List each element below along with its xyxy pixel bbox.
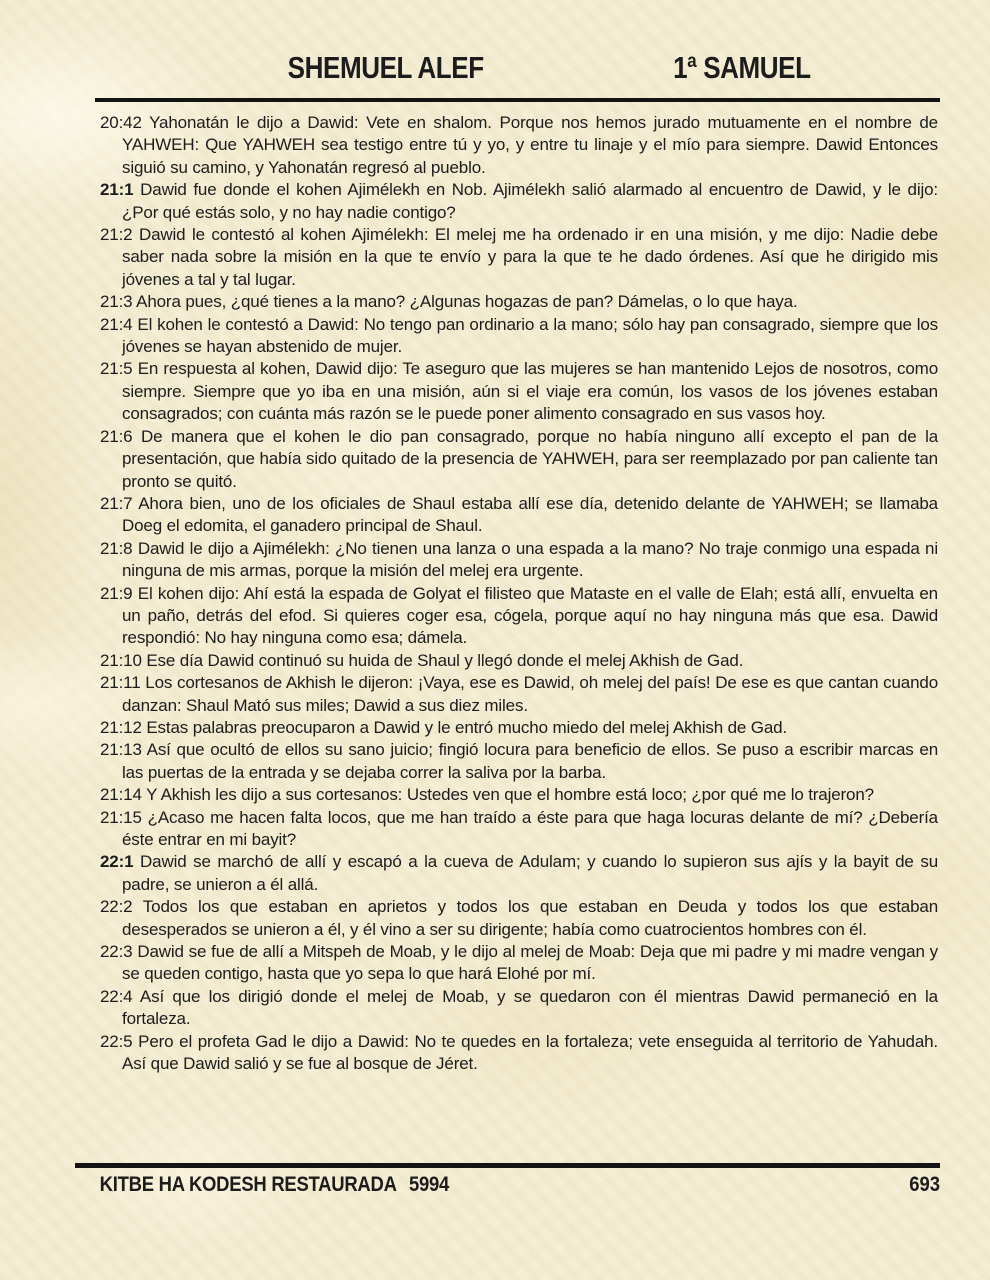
verse-text: ¿Acaso me hacen falta locos, que me han … <box>122 808 938 849</box>
verse: 21:8 Dawid le dijo a Ajimélekh: ¿No tien… <box>100 538 938 583</box>
scripture-page: SHEMUEL ALEF 1ª SAMUEL 20:42 Yahonatán l… <box>0 0 990 1280</box>
verse: 21:5 En respuesta al kohen, Dawid dijo: … <box>100 358 938 425</box>
page-number: 693 <box>909 1173 940 1197</box>
verse-text: Ahora pues, ¿qué tienes a la mano? ¿Algu… <box>133 292 798 311</box>
verse: 21:1 Dawid fue donde el kohen Ajimélekh … <box>100 179 938 224</box>
verse-number: 21:10 <box>100 651 142 670</box>
verse-text: Y Akhish les dijo a sus cortesanos: Uste… <box>142 785 874 804</box>
verse-number: 21:9 <box>100 584 133 603</box>
verse-number: 22:5 <box>100 1032 133 1051</box>
verse-number: 22:2 <box>100 897 133 916</box>
verse: 22:1 Dawid se marchó de allí y escapó a … <box>100 851 938 896</box>
verse-number: 22:3 <box>100 942 133 961</box>
verse-text: De manera que el kohen le dio pan consag… <box>122 427 938 491</box>
verse: 21:9 El kohen dijo: Ahí está la espada d… <box>100 583 938 650</box>
verse-number: 21:3 <box>100 292 133 311</box>
verse-number: 21:4 <box>100 315 133 334</box>
footer-rule <box>75 1163 940 1168</box>
book-title-hebrew: SHEMUEL ALEF <box>288 50 484 86</box>
verse: 21:15 ¿Acaso me hacen falta locos, que m… <box>100 807 938 852</box>
verse-text: Dawid le contestó al kohen Ajimélekh: El… <box>122 225 938 289</box>
verse-number: 20:42 <box>100 113 142 132</box>
verse-number: 21:1 <box>100 180 133 199</box>
verse: 21:14 Y Akhish les dijo a sus cortesanos… <box>100 784 938 806</box>
verse: 21:2 Dawid le contestó al kohen Ajimélek… <box>100 224 938 291</box>
verse-text: Estas palabras preocuparon a Dawid y le … <box>142 718 787 737</box>
verse-number: 21:6 <box>100 427 133 446</box>
verse-number: 21:7 <box>100 494 133 513</box>
verse-text: Todos los que estaban en aprietos y todo… <box>122 897 938 938</box>
verse: 21:13 Así que ocultó de ellos su sano ju… <box>100 739 938 784</box>
verse: 21:11 Los cortesanos de Akhish le dijero… <box>100 672 938 717</box>
verse: 22:5 Pero el profeta Gad le dijo a Dawid… <box>100 1031 938 1076</box>
verse-number: 22:1 <box>100 852 133 871</box>
verse: 21:3 Ahora pues, ¿qué tienes a la mano? … <box>100 291 938 313</box>
verse: 21:7 Ahora bien, uno de los oficiales de… <box>100 493 938 538</box>
verse: 21:6 De manera que el kohen le dio pan c… <box>100 426 938 493</box>
publication-title: KITBE HA KODESH RESTAURADA5994 <box>75 1173 449 1197</box>
verse-text: El kohen dijo: Ahí está la espada de Gol… <box>122 584 938 648</box>
page-header: SHEMUEL ALEF 1ª SAMUEL <box>95 50 940 86</box>
verse: 21:4 El kohen le contestó a Dawid: No te… <box>100 314 938 359</box>
verse-number: 21:8 <box>100 539 133 558</box>
page-footer: KITBE HA KODESH RESTAURADA5994 693 <box>75 1173 940 1197</box>
verse: 22:3 Dawid se fue de allí a Mitspeh de M… <box>100 941 938 986</box>
verse-number: 21:2 <box>100 225 133 244</box>
verse-number: 21:12 <box>100 718 142 737</box>
verse-text: Dawid se marchó de allí y escapó a la cu… <box>122 852 938 893</box>
book-title-spanish: 1ª SAMUEL <box>673 50 811 86</box>
verse-text: Pero el profeta Gad le dijo a Dawid: No … <box>122 1032 938 1073</box>
verse: 20:42 Yahonatán le dijo a Dawid: Vete en… <box>100 112 938 179</box>
verse-number: 21:14 <box>100 785 142 804</box>
verse-text: Ahora bien, uno de los oficiales de Shau… <box>122 494 938 535</box>
verse-text: En respuesta al kohen, Dawid dijo: Te as… <box>122 359 938 423</box>
verse-text: Así que los dirigió donde el melej de Mo… <box>122 987 938 1028</box>
header-rule <box>95 98 940 102</box>
verse: 21:12 Estas palabras preocuparon a Dawid… <box>100 717 938 739</box>
verse: 21:10 Ese día Dawid continuó su huida de… <box>100 650 938 672</box>
verse-text: Ese día Dawid continuó su huida de Shaul… <box>142 651 744 670</box>
verse-text: Yahonatán le dijo a Dawid: Vete en shalo… <box>122 113 938 177</box>
verse-text: El kohen le contestó a Dawid: No tengo p… <box>122 315 938 356</box>
verse-number: 21:13 <box>100 740 142 759</box>
verse-text: Dawid fue donde el kohen Ajimélekh en No… <box>122 180 938 221</box>
publication-name: KITBE HA KODESH RESTAURADA <box>100 1173 397 1196</box>
verse-text: Dawid se fue de allí a Mitspeh de Moab, … <box>122 942 938 983</box>
publication-edition: 5994 <box>409 1173 449 1196</box>
verse-number: 21:5 <box>100 359 133 378</box>
verse-text: Dawid le dijo a Ajimélekh: ¿No tienen un… <box>122 539 938 580</box>
verse-number: 21:11 <box>100 673 141 692</box>
verse-number: 22:4 <box>100 987 133 1006</box>
verse-text: Así que ocultó de ellos su sano juicio; … <box>122 740 938 781</box>
verse: 22:2 Todos los que estaban en aprietos y… <box>100 896 938 941</box>
verse: 22:4 Así que los dirigió donde el melej … <box>100 986 938 1031</box>
verse-text: Los cortesanos de Akhish le dijeron: ¡Va… <box>122 673 938 714</box>
verse-list: 20:42 Yahonatán le dijo a Dawid: Vete en… <box>100 112 938 1075</box>
verse-number: 21:15 <box>100 808 142 827</box>
